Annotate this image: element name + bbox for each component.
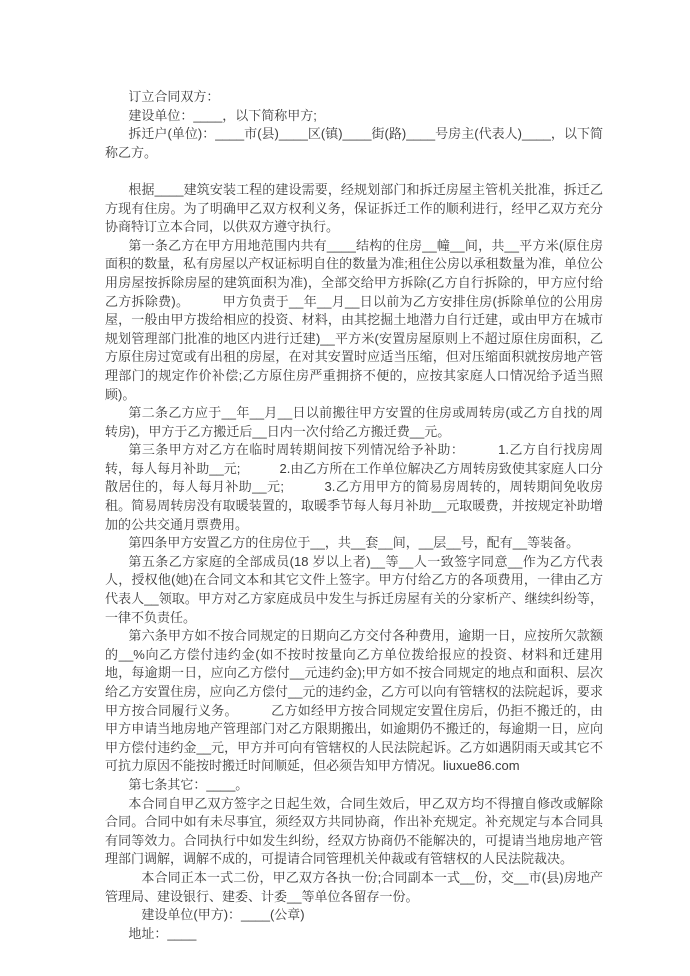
paragraph: 拆迁户(单位)：____市(县)____区(镇)____街(路)____号房主(… bbox=[105, 125, 603, 162]
paragraph: 第七条其它：____。 bbox=[105, 776, 603, 795]
page: { "page": { "background_color": "#ffffff… bbox=[0, 0, 690, 976]
document-body: 订立合同双方：建设单位：____，以下简称甲方;拆迁户(单位)：____市(县)… bbox=[105, 88, 603, 943]
paragraph: 第六条甲方如不按合同规定的日期向乙方交付各种费用，逾期一日，应按所欠款额的__%… bbox=[105, 627, 603, 776]
paragraph: 第三条甲方对乙方在临时周转期间按下列情况给予补助： 1.乙方自行找房周转，每人每… bbox=[105, 441, 603, 534]
contract-document: 订立合同双方：建设单位：____，以下简称甲方;拆迁户(单位)：____市(县)… bbox=[105, 88, 603, 943]
paragraph: 第二条乙方应于__年__月__日以前搬往甲方安置的住房或周转房(或乙方自找的周转… bbox=[105, 404, 603, 441]
paragraph: 建设单位：____，以下简称甲方; bbox=[105, 107, 603, 126]
paragraph: 建设单位(甲方)：____(公章) bbox=[105, 906, 603, 925]
paragraph: 第五条乙方家庭的全部成员(18 岁以上者)__等__人一致签字同意__作为乙方代… bbox=[105, 553, 603, 627]
paragraph: 本合同正本一式二份，甲乙双方各执一份;合同副本一式__份，交__市(县)房地产管… bbox=[105, 869, 603, 906]
paragraph: 第四条甲方安置乙方的住房位于__，共__套__间，__层__号，配有__等装备。 bbox=[105, 534, 603, 553]
paragraph: 第一条乙方在甲方用地范围内共有____结构的住房__幢__间，共__平方米(原住… bbox=[105, 237, 603, 404]
blank-line bbox=[105, 162, 603, 181]
paragraph: 地址：____ bbox=[105, 925, 603, 944]
paragraph: 本合同自甲乙双方签字之日起生效，合同生效后，甲乙双方均不得擅自修改或解除合同。合… bbox=[105, 795, 603, 869]
paragraph: 根据____建筑安装工程的建设需要，经规划部门和拆迁房屋主管机关批准，拆迁乙方现… bbox=[105, 181, 603, 237]
paragraph: 订立合同双方： bbox=[105, 88, 603, 107]
